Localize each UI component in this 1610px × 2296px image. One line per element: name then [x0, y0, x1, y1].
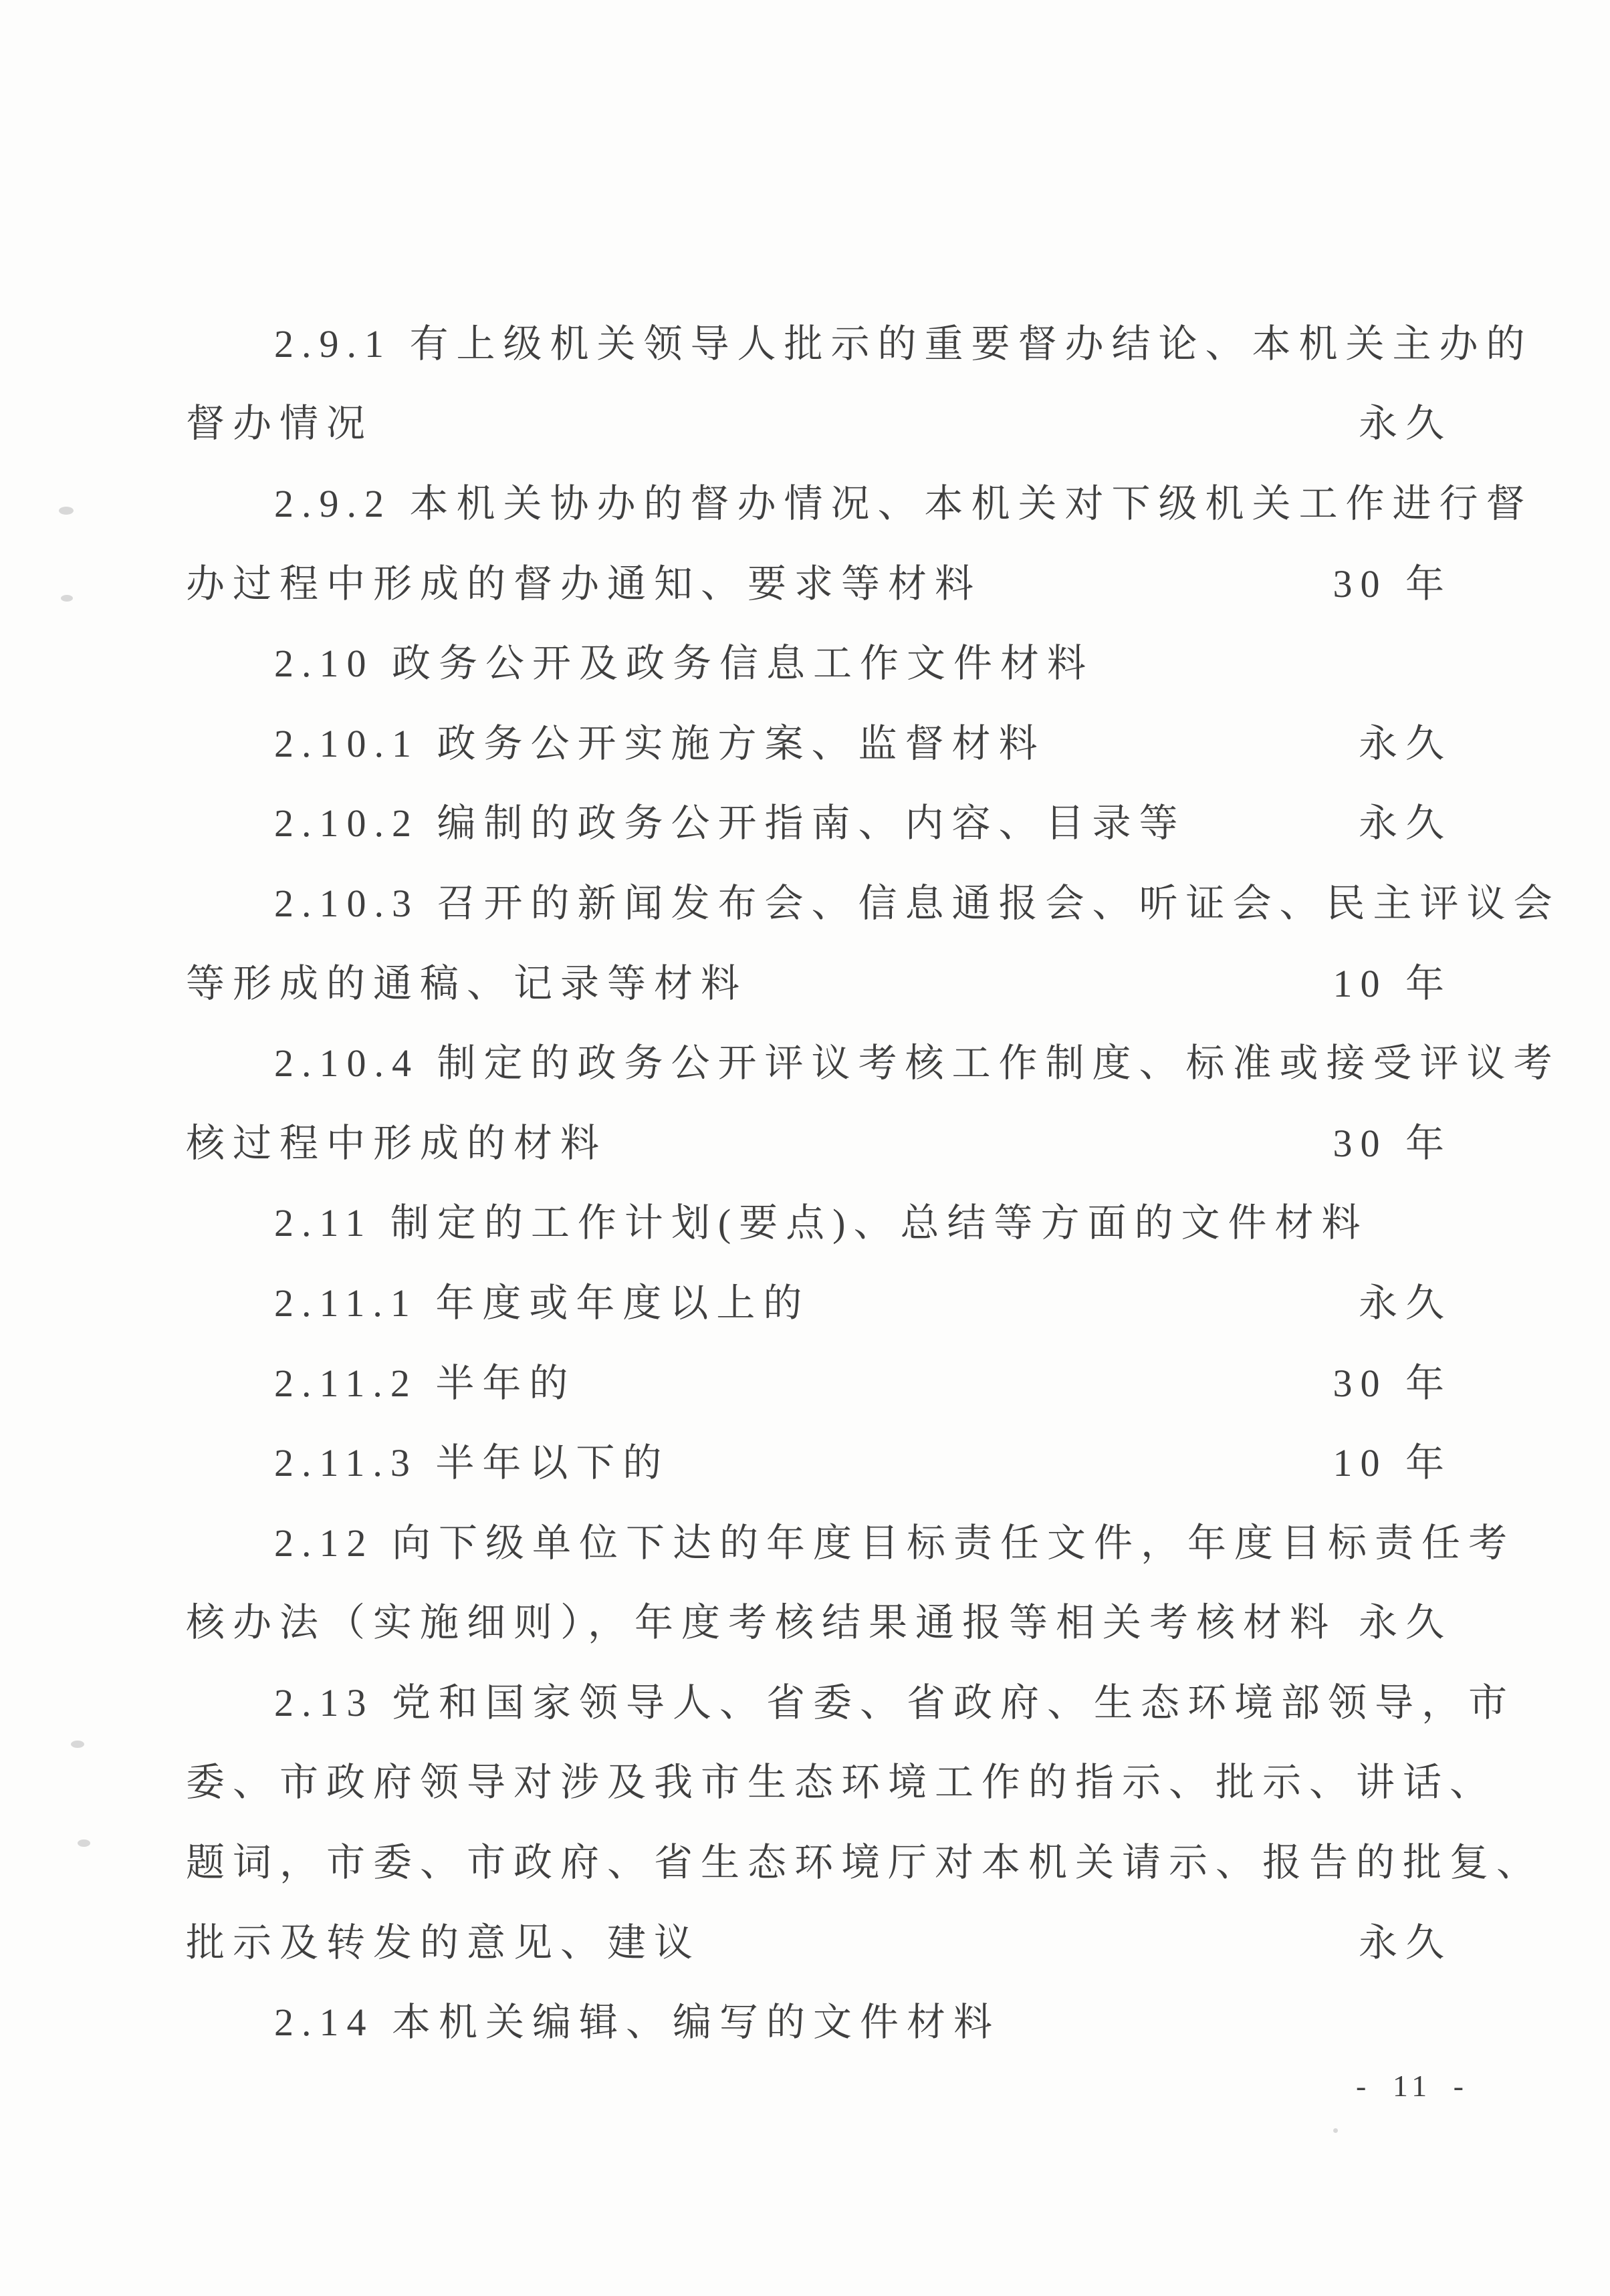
doc-line: 2.10.3 召开的新闻发布会、信息通报会、听证会、民主评议会: [186, 860, 1496, 940]
doc-line: 2.10 政务公开及政务信息工作文件材料: [186, 620, 1496, 700]
doc-line: 2.14 本机关编辑、编写的文件材料: [186, 1979, 1496, 2059]
doc-line: 核过程中形成的材料30 年: [186, 1100, 1496, 1180]
doc-line: 委、市政府领导对涉及我市生态环境工作的指示、批示、讲话、: [186, 1739, 1496, 1819]
line-text: 批示及转发的意见、建议: [186, 1911, 701, 1967]
line-text: 2.12 向下级单位下达的年度目标责任文件，年度目标责任考: [186, 1511, 1515, 1567]
doc-line: 2.12 向下级单位下达的年度目标责任文件，年度目标责任考: [186, 1499, 1496, 1579]
line-text: 2.11.3 半年以下的: [186, 1431, 669, 1487]
line-text: 2.11 制定的工作计划(要点)、总结等方面的文件材料: [186, 1191, 1368, 1247]
scan-speck: [78, 1839, 90, 1847]
doc-line: 2.9.1 有上级机关领导人批示的重要督办结论、本机关主办的: [186, 300, 1496, 380]
line-text: 2.11.1 年度或年度以上的: [186, 1271, 810, 1327]
doc-line: 2.11.2 半年的30 年: [186, 1340, 1496, 1420]
doc-line: 办过程中形成的督办通知、要求等材料30 年: [186, 540, 1496, 620]
retention-period: 永久: [1359, 1591, 1452, 1647]
doc-line: 2.10.1 政务公开实施方案、监督材料永久: [186, 700, 1496, 780]
retention-period: 30 年: [1333, 552, 1452, 608]
line-text: 2.10 政务公开及政务信息工作文件材料: [186, 632, 1094, 688]
page-number: - 11 -: [1356, 2068, 1468, 2103]
retention-period: 永久: [1359, 1911, 1452, 1967]
doc-line: 2.13 党和国家领导人、省委、省政府、生态环境部领导，市: [186, 1659, 1496, 1739]
document-page: 2.9.1 有上级机关领导人批示的重要督办结论、本机关主办的督办情况永久2.9.…: [0, 0, 1610, 2296]
doc-line: 等形成的通稿、记录等材料10 年: [186, 940, 1496, 1020]
line-text: 2.14 本机关编辑、编写的文件材料: [186, 1991, 1000, 2047]
doc-line: 督办情况永久: [186, 380, 1496, 461]
line-text: 2.10.4 制定的政务公开评议考核工作制度、标准或接受评议考: [186, 1031, 1561, 1088]
doc-line: 2.10.2 编制的政务公开指南、内容、目录等永久: [186, 780, 1496, 860]
doc-line: 2.11.3 半年以下的10 年: [186, 1419, 1496, 1499]
doc-line: 2.9.2 本机关协办的督办情况、本机关对下级机关工作进行督: [186, 460, 1496, 540]
retention-period: 30 年: [1333, 1352, 1452, 1408]
scan-speck: [61, 595, 73, 602]
doc-line: 题词，市委、市政府、省生态环境厅对本机关请示、报告的批复、: [186, 1819, 1496, 1899]
retention-period: 10 年: [1333, 1431, 1452, 1487]
scan-speck: [59, 507, 74, 515]
document-body: 2.9.1 有上级机关领导人批示的重要督办结论、本机关主办的督办情况永久2.9.…: [186, 300, 1496, 2059]
doc-line: 2.11 制定的工作计划(要点)、总结等方面的文件材料: [186, 1180, 1496, 1260]
line-text: 办过程中形成的督办通知、要求等材料: [186, 552, 982, 608]
line-text: 2.11.2 半年的: [186, 1352, 576, 1408]
line-text: 核办法（实施细则），年度考核结果通报等相关考核材料: [186, 1591, 1337, 1647]
line-text: 核过程中形成的材料: [186, 1112, 607, 1168]
doc-line: 批示及转发的意见、建议永久: [186, 1899, 1496, 1979]
retention-period: 10 年: [1333, 952, 1452, 1008]
doc-line: 核办法（实施细则），年度考核结果通报等相关考核材料永久: [186, 1579, 1496, 1660]
line-text: 委、市政府领导对涉及我市生态环境工作的指示、批示、讲话、: [186, 1751, 1496, 1807]
scan-speck: [71, 1741, 84, 1748]
line-text: 2.10.3 召开的新闻发布会、信息通报会、听证会、民主评议会: [186, 872, 1561, 928]
line-text: 督办情况: [186, 392, 373, 448]
line-text: 等形成的通稿、记录等材料: [186, 952, 747, 1008]
line-text: 2.10.2 编制的政务公开指南、内容、目录等: [186, 791, 1186, 848]
line-text: 题词，市委、市政府、省生态环境厅对本机关请示、报告的批复、: [186, 1831, 1543, 1887]
retention-period: 30 年: [1333, 1112, 1452, 1168]
doc-line: 2.11.1 年度或年度以上的永久: [186, 1259, 1496, 1340]
retention-period: 永久: [1359, 1271, 1452, 1327]
line-text: 2.10.1 政务公开实施方案、监督材料: [186, 712, 1046, 768]
line-text: 2.9.2 本机关协办的督办情况、本机关对下级机关工作进行督: [186, 472, 1533, 528]
line-text: 2.9.1 有上级机关领导人批示的重要督办结论、本机关主办的: [186, 312, 1533, 368]
line-text: 2.13 党和国家领导人、省委、省政府、生态环境部领导，市: [186, 1671, 1515, 1727]
scan-speck: [1333, 2128, 1338, 2133]
retention-period: 永久: [1359, 791, 1452, 848]
retention-period: 永久: [1359, 392, 1452, 448]
doc-line: 2.10.4 制定的政务公开评议考核工作制度、标准或接受评议考: [186, 1019, 1496, 1100]
retention-period: 永久: [1359, 712, 1452, 768]
